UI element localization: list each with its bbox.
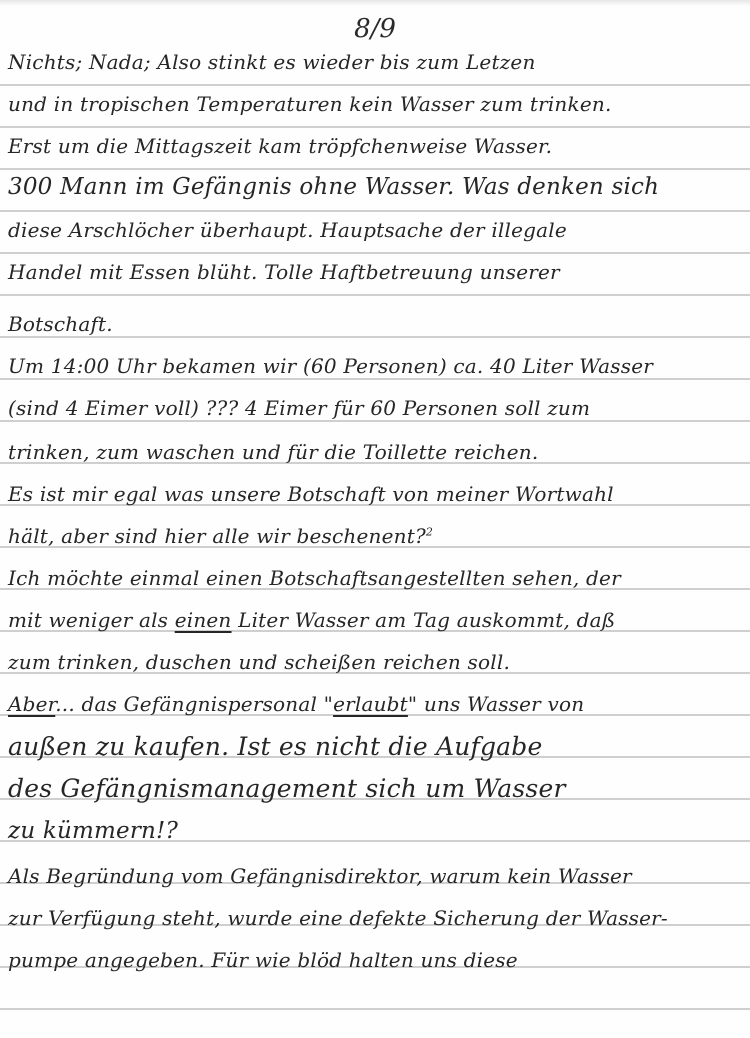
underlined-word: einen: [175, 608, 232, 632]
ruled-line: [0, 294, 750, 296]
text-line-22: pumpe angegeben. Für wie blöd halten uns…: [8, 948, 746, 972]
text-line-15: zum trinken, duschen und scheißen reiche…: [8, 650, 746, 674]
ruled-line: [0, 168, 750, 170]
text-line-11: Es ist mir egal was unsere Botschaft von…: [8, 482, 746, 506]
text-line-20: Als Begründung vom Gefängnisdirektor, wa…: [8, 864, 746, 888]
text-line-7: Botschaft.: [8, 312, 746, 336]
text-line-12: hält, aber sind hier alle wir beschenent…: [8, 524, 746, 548]
scan-edge-shadow: [0, 0, 750, 6]
ruled-line: [0, 420, 750, 422]
underlined-word: erlaubt: [333, 692, 408, 716]
text-line-10: trinken, zum waschen und für die Toillet…: [8, 440, 746, 464]
ruled-line: [0, 210, 750, 212]
text-line-19: zu kümmern!?: [8, 818, 746, 844]
text-line-16: Aber... das Gefängnispersonal "erlaubt" …: [8, 692, 746, 716]
underlined-word: Aber: [8, 692, 55, 716]
text-line-1: Nichts; Nada; Also stinkt es wieder bis …: [8, 50, 746, 74]
line-12-superscript: 2: [426, 525, 433, 538]
text-line-3: Erst um die Mittagszeit kam tröpfchenwei…: [8, 134, 746, 158]
text-line-2: und in tropischen Temperaturen kein Wass…: [8, 92, 746, 116]
handwritten-page: 8/9 Nichts; Nada; Also stinkt es wieder …: [0, 0, 750, 1038]
text-line-13: Ich möchte einmal einen Botschaftsangest…: [8, 566, 746, 590]
line-12-text: hält, aber sind hier alle wir beschenent…: [8, 524, 426, 548]
text-line-9: (sind 4 Eimer voll) ??? 4 Eimer für 60 P…: [8, 396, 746, 420]
text-line-8: Um 14:00 Uhr bekamen wir (60 Personen) c…: [8, 354, 746, 378]
ruled-line: [0, 1008, 750, 1010]
ruled-line: [0, 378, 750, 380]
text-line-14: mit weniger als einen Liter Wasser am Ta…: [8, 608, 746, 632]
text-line-4: 300 Mann im Gefängnis ohne Wasser. Was d…: [8, 174, 746, 200]
ruled-line: [0, 252, 750, 254]
text-line-17: außen zu kaufen. Ist es nicht die Aufgab…: [8, 732, 746, 761]
ruled-line: [0, 336, 750, 338]
text-line-6: Handel mit Essen blüht. Tolle Haftbetreu…: [8, 260, 746, 284]
text-line-18: des Gefängnismanagement sich um Wasser: [8, 774, 746, 803]
text-line-21: zur Verfügung steht, wurde eine defekte …: [8, 906, 746, 930]
ruled-line: [0, 126, 750, 128]
ruled-line: [0, 84, 750, 86]
text-line-5: diese Arschlöcher überhaupt. Hauptsache …: [8, 218, 746, 242]
page-number: 8/9: [0, 14, 750, 44]
